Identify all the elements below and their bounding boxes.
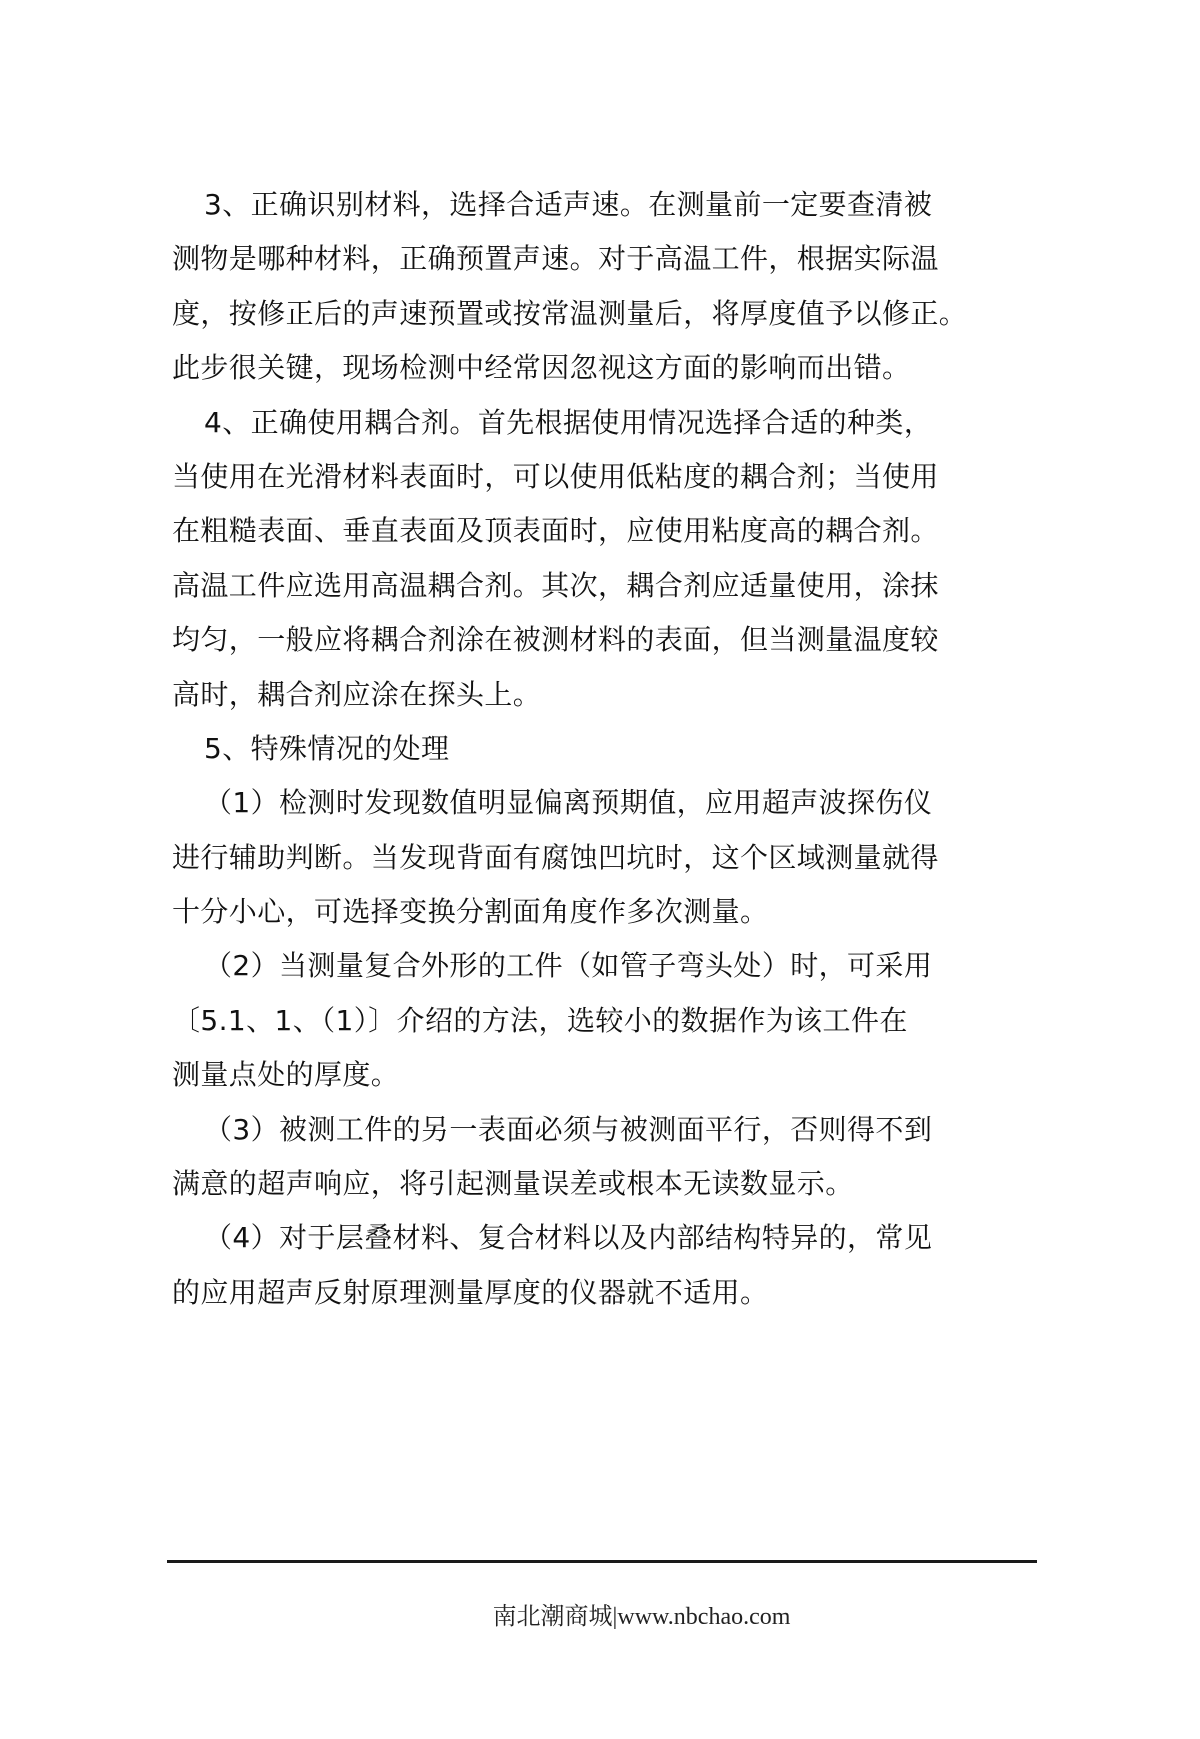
text-line: 高温工件应选用高温耦合剂。其次，耦合剂应适量使用，涂抹 [172,559,1032,613]
body-text: 3、正确识别材料，选择合适声速。在测量前一定要查清被 测物是哪种材料，正确预置声… [172,178,1032,1320]
document-page: 3、正确识别材料，选择合适声速。在测量前一定要查清被 测物是哪种材料，正确预置声… [0,0,1200,1739]
text-line: （3）被测工件的另一表面必须与被测面平行，否则得不到 [172,1103,1032,1157]
text-line: 当使用在光滑材料表面时，可以使用低粘度的耦合剂；当使用 [172,450,1032,504]
text-line: 在粗糙表面、垂直表面及顶表面时，应使用粘度高的耦合剂。 [172,504,1032,558]
text-line: （4）对于层叠材料、复合材料以及内部结构特异的，常见 [172,1211,1032,1265]
text-line: （2）当测量复合外形的工件（如管子弯头处）时，可采用 [172,939,1032,993]
text-line: 十分小心，可选择变换分割面角度作多次测量。 [172,885,1032,939]
text-line: 3、正确识别材料，选择合适声速。在测量前一定要查清被 [172,178,1032,232]
footer-source-text: 南北潮商城|www.nbchao.com [0,1596,1200,1631]
footer-divider [167,1560,1037,1563]
text-line: 均匀，一般应将耦合剂涂在被测材料的表面，但当测量温度较 [172,613,1032,667]
text-line: 测物是哪种材料，正确预置声速。对于高温工件，根据实际温 [172,232,1032,286]
text-line: 满意的超声响应，将引起测量误差或根本无读数显示。 [172,1157,1032,1211]
text-line: 的应用超声反射原理测量厚度的仪器就不适用。 [172,1266,1032,1320]
text-line: （1）检测时发现数值明显偏离预期值，应用超声波探伤仪 [172,776,1032,830]
section-heading: 5、特殊情况的处理 [172,722,1032,776]
text-line: 进行辅助判断。当发现背面有腐蚀凹坑时，这个区域测量就得 [172,831,1032,885]
text-line: 测量点处的厚度。 [172,1048,1032,1102]
text-line: 高时，耦合剂应涂在探头上。 [172,668,1032,722]
text-line: 4、正确使用耦合剂。首先根据使用情况选择合适的种类， [172,396,1032,450]
text-line: 度，按修正后的声速预置或按常温测量后，将厚度值予以修正。 [172,287,1032,341]
text-line: 此步很关键，现场检测中经常因忽视这方面的影响而出错。 [172,341,1032,395]
text-line: 〔5.1、1、（1）〕介绍的方法，选较小的数据作为该工件在 [172,994,1032,1048]
